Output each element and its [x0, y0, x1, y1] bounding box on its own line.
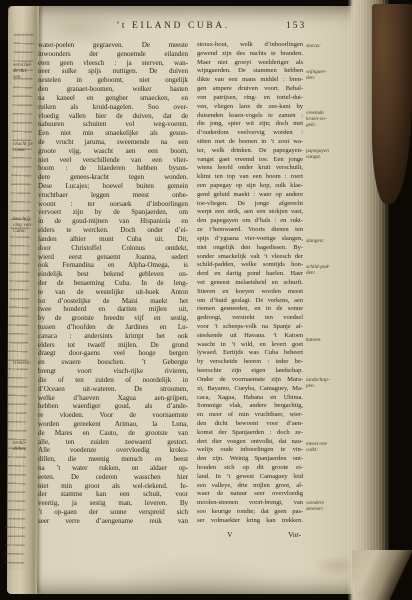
margin-note: storax: — [306, 43, 348, 49]
text-line: riemen gesneeden, en in de sonne — [197, 305, 303, 314]
text-line: die jong, spier wit zijn; doch met — [197, 120, 303, 129]
margin-note: verschei-de dui-ven: — [13, 62, 40, 81]
text-line: gewend zijn des nachts te branden. — [197, 50, 303, 59]
margin-notes-right: storax:wijngaer-den:vreemdekraen-vo-gels… — [306, 0, 348, 600]
margin-note: vrucht ja-ruma. — [13, 141, 40, 153]
margin-note: meest ont-volkt: — [306, 441, 348, 453]
text-line: neer sulke spijs nuttigen. De duiven — [38, 67, 188, 76]
text-line: die of ten zuiden of noordelijk in — [38, 376, 188, 385]
text-line: water-poelen gegraeven. De meeste — [38, 41, 188, 50]
text-line: twee honderd en dartien mijlen uit, — [38, 305, 188, 314]
text-line: welijx oude inboorlingen te vin- — [197, 446, 303, 455]
text-line: nabuuren schuiten vol weg-voeren. — [38, 120, 188, 129]
text-line: duisenden kraen-vogels te zamen : — [197, 112, 303, 121]
text-line: wijngaerden. De stammen hebben — [197, 67, 303, 76]
text-line: alle, ten zuiden zeewaerd gestort. — [38, 438, 188, 447]
text-line: ser volmaekter kring kan trekken. — [197, 517, 303, 526]
text-line: wascht in ’t wild, en levert goet — [197, 341, 303, 350]
text-column-left: water-poelen gegraeven. De meesteinwoond… — [38, 41, 188, 526]
text-line: houden sich op dit groote ei- — [197, 464, 303, 473]
text-line: ze t’hemwaerd. Voorts dienen ten — [197, 226, 303, 235]
text-line: landen alhier munt Cuba uit. Dit, — [38, 235, 188, 244]
text-line: tot d’oostelijke de Maisi maekt het — [38, 297, 188, 306]
text-line: den papegayen om d’hals : en rukt- — [197, 217, 303, 226]
text-line: vruchtbaer leggen meest onbe- — [38, 191, 188, 200]
text-line: na kaneel en gengber smaecken, en — [38, 94, 188, 103]
text-line: een valleye, drie mijlen groot, al- — [197, 482, 303, 491]
text-line: niet min groot als wel-riekend. Ie- — [38, 482, 188, 491]
margin-note: wijngaer-den: — [306, 69, 348, 81]
leather-binding — [372, 4, 412, 204]
text-line: veertig, ja sestig man, leveren. By — [38, 499, 188, 508]
text-line: voor ’t scheeps-volk na Spanje af- — [197, 323, 303, 332]
text-line: spijs d’yguana vier-voetige slangen, — [197, 235, 303, 244]
text-line: en meer of min vruchtbaer, wier- — [197, 411, 303, 420]
text-line: den zijn. Weinig Spanjaerden ont- — [197, 455, 303, 464]
text-line: lywaed. Eertijds was Cuba beheert — [197, 349, 303, 358]
text-line: eten geen vleesch : ja sterven, wan- — [38, 59, 188, 68]
text-line: draegt door-gaens veel hooge bergen — [38, 349, 188, 358]
margin-note: papegayenvangst. — [306, 148, 348, 160]
text-line: caca, Xagua, Habana en Ubima. — [197, 394, 303, 403]
text-line: sonder smackelijk valt ’t vleesch der — [197, 253, 303, 262]
text-line: by de grootste breedte vijf en sestig, — [38, 314, 188, 323]
text-line: ’t op-gaen der sonne verspreid sich — [38, 508, 188, 517]
text-line: soo keurige rondte; dat geen pas- — [197, 508, 303, 517]
text-line: wiens hoofd onder kruit verschuilt, — [197, 164, 303, 173]
text-line: elders te wercken. Doch onder d’ei- — [38, 226, 188, 235]
text-line: klimt ten top van een boom : roert — [197, 173, 303, 182]
margin-note: vreemdekraen-vo-gels: — [306, 110, 348, 129]
text-line: gend geluid maekt : waer op andere — [197, 191, 303, 200]
text-line: door Christoffel Colonus ontdekt, — [38, 244, 188, 253]
text-line: nestelen in geboomt, niet ongelijk — [38, 76, 188, 85]
text-line: moolen-steenen voort-brengt, van — [197, 499, 303, 508]
text-line: by verscheide heeren : ieder be- — [197, 358, 303, 367]
text-line: land. In ’t gewest Camaguey leid — [197, 473, 303, 482]
margin-notes-left: verschei-de dui-ven:vrucht ja-ruma.besch… — [13, 0, 40, 600]
text-line: niet veel verschillende van een vlier- — [38, 156, 188, 165]
margin-note: kroko-dillen: — [13, 440, 40, 452]
text-line: ter, welk drinken. De papegayen- — [197, 147, 303, 156]
text-line: in de goud-mijnen van Hispaniola en — [38, 217, 188, 226]
text-line: Een niet min smaekelijke als geson- — [38, 129, 188, 138]
text-line: vangst gaet vreemd toe. Een jonge — [197, 156, 303, 165]
text-line: wierd eerst genaemt Joanna, sedert — [38, 253, 188, 262]
text-line: der de benaeming Cuba. In de leng- — [38, 279, 188, 288]
text-line: Dese Lucajes; hoewel buiten gemein — [38, 182, 188, 191]
margin-note: beschrij-ving vanCuba: — [13, 216, 40, 235]
text-line: Stieren en koeyen worden meest — [197, 288, 303, 297]
text-line: brengt voort visch-rijke rivieren, — [38, 367, 188, 376]
text-line: dikte van een mans middel : bren- — [197, 76, 303, 85]
text-line: schild-padden, welke somtijds hon- — [197, 261, 303, 270]
text-line: d’ouderdom veelvervig worden : — [197, 129, 303, 138]
book-photograph: ’t EILAND CUBA. 153 water-poelen gegraev… — [0, 0, 412, 600]
text-line: heerschte zijn eigen landschap. — [197, 367, 303, 376]
text-line: Sommige vlak, andere bergachtig, — [197, 402, 303, 411]
text-line: derd en dartig pond haelen. Haer — [197, 270, 303, 279]
text-line: re vloeden. Voor de voornaemste — [38, 411, 188, 420]
text-line: steekende uit Havana. ’t Katoen — [197, 332, 303, 341]
text-line: worden gereekent Arimao, la Luna, — [38, 420, 188, 429]
text-line: werpt een strik, aen een stokjen vast, — [197, 208, 303, 217]
text-line: gen ampere druiven voort. Behal- — [197, 85, 303, 94]
text-line: vervoert zijn by de Spanjaerden, om — [38, 208, 188, 217]
text-line: seer verre d’aengename reuk van — [38, 517, 188, 526]
margin-note: landschap-pen. — [306, 377, 348, 389]
text-line: boom : de blaederen hebben byson- — [38, 164, 188, 173]
text-line: komst der Spanjaerden : doch ze- — [197, 429, 303, 438]
text-line: dere genees-kracht tegen wonden. — [38, 173, 188, 182]
text-line: xi, Bayamo, Cueyba, Camaguey, Ma- — [197, 385, 303, 394]
text-line: sitten met de beenen in ’t zout wa- — [197, 138, 303, 147]
text-line: vloedig vallen hier de duiven, dat de — [38, 112, 188, 121]
text-line: ven, vliegen lanx de zee-kant by — [197, 103, 303, 112]
text-line: de Mares en Cauto, de grootste van — [38, 429, 188, 438]
text-line: den granaet-boomen, welker basten — [38, 85, 188, 94]
text-line: toe-vliegen. De jonge afgerecht — [197, 200, 303, 209]
text-line: der stamme kan een schuit, voor — [38, 490, 188, 499]
text-line: den dicht bewoont voor d’aen- — [197, 420, 303, 429]
text-line: canaca : andersints krimpt het ook — [38, 332, 188, 341]
margin-note: wonderesteenen: — [306, 500, 348, 512]
text-line: Maer niet groeyt weelderiger als — [197, 59, 303, 68]
text-column-right: storax-hout, welk d’inboorlingengewend z… — [197, 41, 303, 526]
text-line: gedroogt, verstrekt ten voedsel — [197, 314, 303, 323]
text-line: d’Oceaen uit-wateren. De stroomen, — [38, 385, 188, 394]
text-line: woont : ter oorsaek d’inboorlingen — [38, 200, 188, 209]
text-line: niet ongelijk den hagedissen. By- — [197, 244, 303, 253]
text-line: ook Fernandina en Alpha-Omega, is — [38, 261, 188, 270]
text-line: te van de westelijke uit-hoek Anton — [38, 288, 188, 297]
text-line: na ’t water rukken, en aldaer op- — [38, 464, 188, 473]
text-line: Onder de voornaemste zijn Mara- — [197, 376, 303, 385]
catchword: Vor- — [288, 530, 301, 539]
margin-note: katoen. — [306, 337, 348, 343]
text-line: storax-hout, welk d’inboorlingen — [197, 41, 303, 50]
text-line: waer de natuur seer overvloedig — [197, 490, 303, 499]
text-line: Alle voedenze overvloedig kroko- — [38, 446, 188, 455]
page-corner-curl — [352, 550, 412, 600]
text-line: en swaere bosschen. ’t Gebergte — [38, 358, 188, 367]
text-line: groote vijg, wascht aen een boom, — [38, 147, 188, 156]
text-line: eeten. De cederen wasschen hier — [38, 473, 188, 482]
text-line: vet geneest melaetsheid en schurft. — [197, 279, 303, 288]
running-title: ’t EILAND CUBA. — [38, 21, 308, 31]
text-line: welke d’haeven Xagua aen-grijpen, — [38, 394, 188, 403]
text-line: een papegay op sijn kop, sulk klae- — [197, 182, 303, 191]
text-line: eindelijk best bekend gebleven on- — [38, 270, 188, 279]
text-line: de vrucht jaruma, sweemende na een — [38, 138, 188, 147]
text-line: hebben waerdiger goud, als d’ande- — [38, 402, 188, 411]
margin-note: rivieren: — [13, 360, 40, 366]
text-line: inwoonders der genoemde eilanden — [38, 50, 188, 59]
text-line: elders tot twaelf mijlen. De grond — [38, 341, 188, 350]
margin-note: schild-pad-den: — [306, 264, 348, 276]
text-line: dillen, die meenig mensch en beest — [38, 455, 188, 464]
text-line: om d’huid geslagt. De verkens, aen — [197, 297, 303, 306]
text-line: dert dier voegen ontvolkt, dat nau- — [197, 438, 303, 447]
margin-note: slangen: — [306, 238, 348, 244]
text-line: ruiken als kruid-nagelen. Soo over- — [38, 103, 188, 112]
text-line: ven patrijsen, ring- en tortel-dui- — [197, 94, 303, 103]
signature-mark: V — [227, 530, 232, 539]
text-line: tussen d’hoofden de Jardines en Lu- — [38, 323, 188, 332]
